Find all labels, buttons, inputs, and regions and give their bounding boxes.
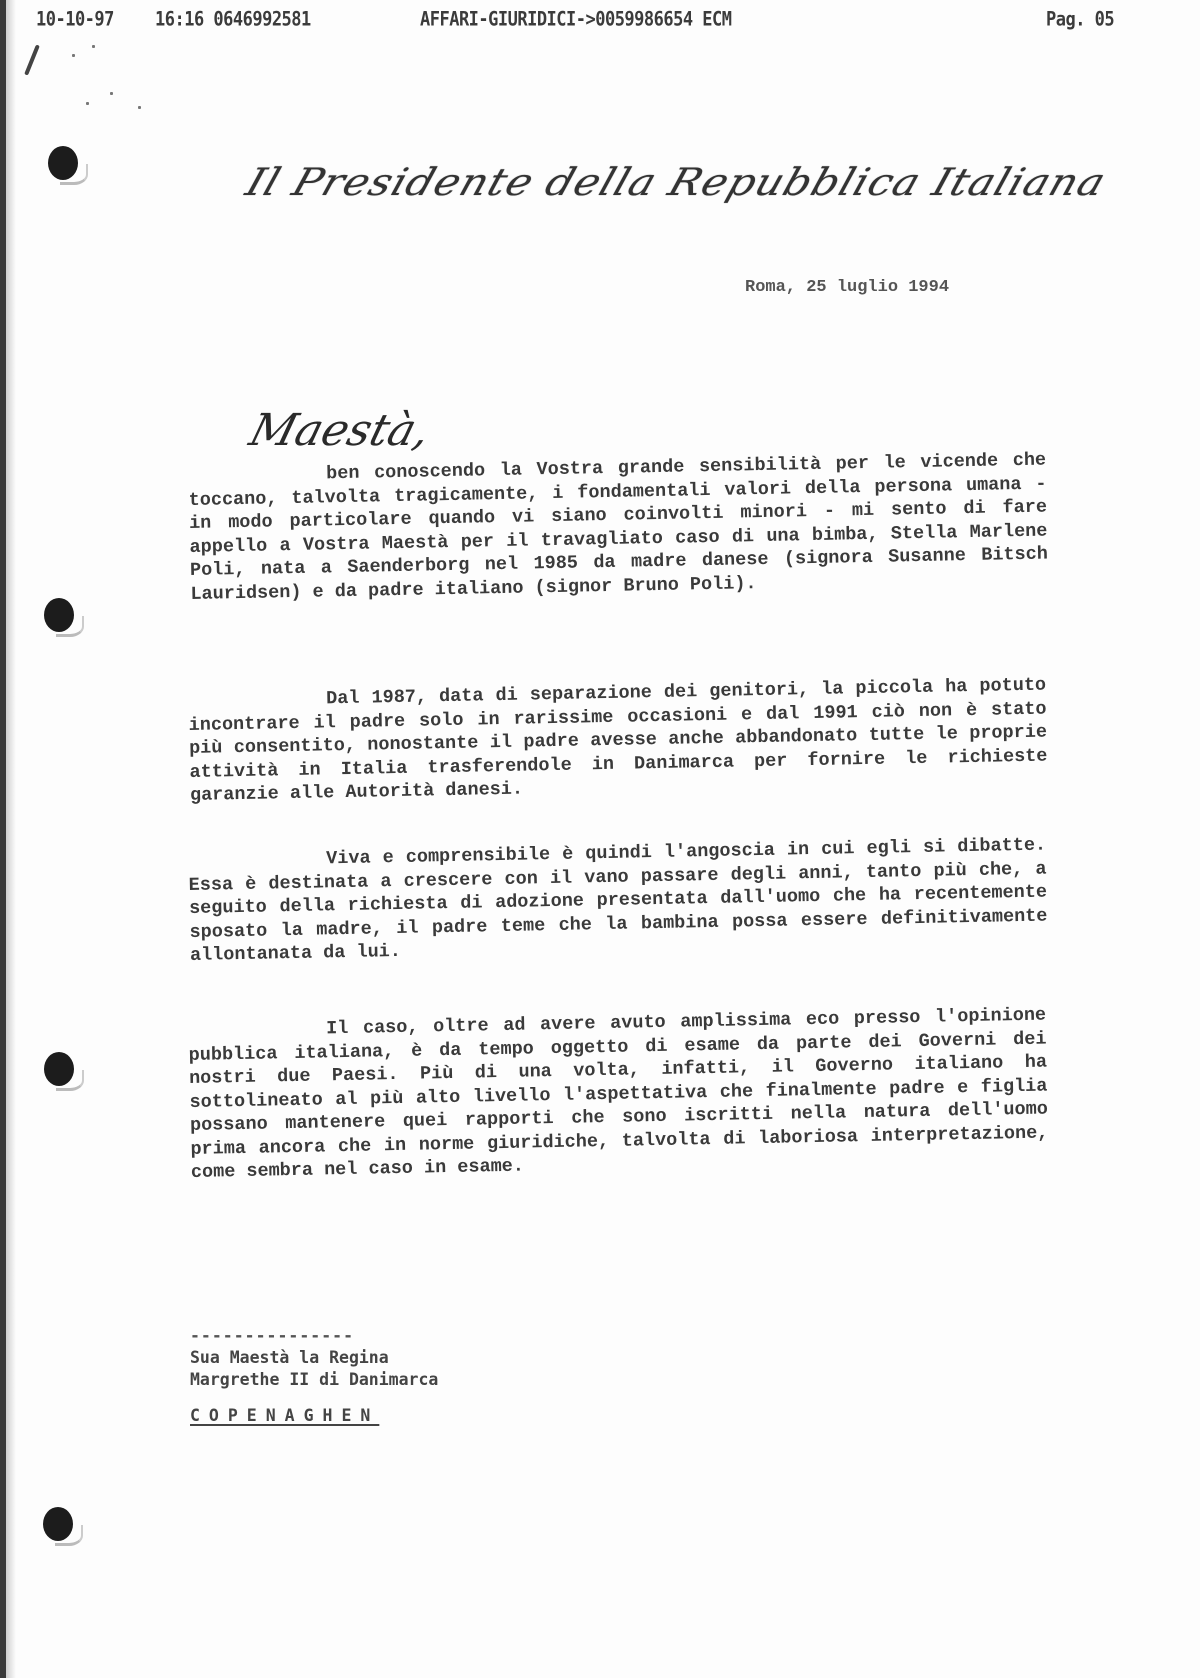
fax-date: 10-10-97 [36, 8, 114, 31]
recipient-block: --------------- Sua Maestà la Regina Mar… [190, 1325, 438, 1427]
paragraph-text: Viva e comprensibile è quindi l'angoscia… [188, 835, 1047, 966]
punch-hole-icon [44, 598, 74, 632]
letter-paragraph: Dal 1987, data di separazione dei genito… [188, 674, 1048, 808]
letterhead-title: Il Presidente della Repubblica Italiana [241, 160, 1112, 204]
fax-transmission-header: 10-10-97 16:16 0646992581 AFFARI-GIURIDI… [0, 8, 1200, 43]
recipient-line-1: Sua Maestà la Regina [190, 1347, 438, 1369]
scan-speck [86, 102, 89, 105]
scan-speck [138, 106, 141, 109]
handwritten-salutation: Maestà, [244, 405, 435, 456]
paragraph-text: Il caso, oltre ad avere avuto amplissima… [188, 1005, 1048, 1183]
punch-hole-icon [48, 146, 78, 180]
punch-hole-icon [44, 1052, 74, 1086]
fax-page-number: Pag. 05 [1046, 8, 1114, 31]
letter-paragraph: ben conoscendo la Vostra grande sensibil… [188, 449, 1049, 606]
recipient-line-2: Margrethe II di Danimarca [190, 1369, 438, 1391]
fax-route: AFFARI-GIURIDICI->0059986654 ECM [420, 8, 732, 31]
recipient-city: COPENAGHEN [190, 1405, 438, 1427]
paragraph-text: ben conoscendo la Vostra grande sensibil… [188, 450, 1048, 605]
letter-paragraph: Il caso, oltre ad avere avuto amplissima… [188, 1004, 1049, 1185]
pen-stroke-mark [24, 44, 40, 75]
paragraph-text: Dal 1987, data di separazione dei genito… [188, 675, 1047, 806]
fax-time-number: 16:16 0646992581 [155, 8, 311, 31]
scan-speck [72, 54, 75, 57]
recipient-separator: --------------- [190, 1325, 438, 1347]
punch-hole-icon [43, 1507, 73, 1541]
page-edge-gradient [6, 0, 16, 1678]
scan-speck [92, 45, 95, 48]
place-and-date: Roma, 25 luglio 1994 [745, 278, 949, 297]
letter-paragraph: Viva e comprensibile è quindi l'angoscia… [188, 834, 1048, 968]
fax-page: 10-10-97 16:16 0646992581 AFFARI-GIURIDI… [0, 0, 1200, 1678]
scan-speck [110, 92, 113, 95]
